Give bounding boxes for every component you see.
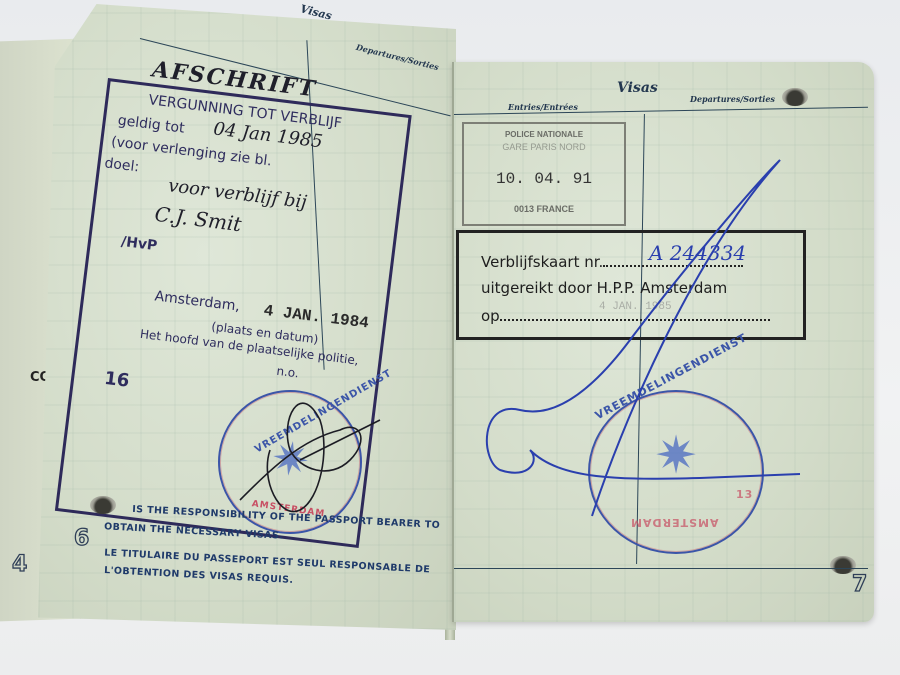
underlying-page-number: 4 xyxy=(12,552,27,577)
left-page-number: 6 xyxy=(74,526,89,551)
residence-card-issuer: uitgereikt door H.P.P. Amsterdam xyxy=(481,279,727,297)
right-seal-bottom-text: AMSTERDAM xyxy=(630,516,718,529)
right-visas-header: Visas xyxy=(617,80,658,96)
right-footer-rule xyxy=(454,568,868,569)
right-top-punch-hole-icon xyxy=(782,88,808,106)
residence-card-number: A 244334 xyxy=(649,241,746,265)
left-seal-star-icon: ✷ xyxy=(257,428,324,490)
police-code: 0013 FRANCE xyxy=(464,204,624,214)
residence-card-label: Verblijfskaart nr. xyxy=(481,253,603,271)
passport-photo: CON 4 Visas Departures/Sorties AFSCHRIFT… xyxy=(0,0,900,675)
reference: /HvP xyxy=(120,234,158,254)
residence-card-date-label: op xyxy=(481,307,500,325)
right-immigration-seal: VREEMDELINGENDIENST ✷ AMSTERDAM 13 xyxy=(588,390,764,554)
police-entry-date: 10. 04. 91 xyxy=(464,170,624,188)
purpose-name: C.J. Smit xyxy=(153,202,243,236)
right-departures-header: Departures/Sorties xyxy=(690,94,775,104)
right-seal-star-icon: ✷ xyxy=(646,426,706,486)
residence-card-stamp: Verblijfskaart nr. A 244334 uitgereikt d… xyxy=(456,230,806,340)
authority-suffix: n.o. xyxy=(276,364,300,381)
right-seal-number: 13 xyxy=(736,488,753,501)
valid-until-label: geldig tot xyxy=(117,113,185,137)
purpose-label: doel: xyxy=(104,155,140,175)
police-line1: POLICE NATIONALE xyxy=(464,130,624,139)
residence-card-faint-date: 4 JAN. 1985 xyxy=(599,301,672,313)
left-punch-hole-icon xyxy=(90,496,116,514)
right-page-number: 7 xyxy=(852,572,867,597)
police-entry-stamp: POLICE NATIONALE GARE PARIS NORD 10. 04.… xyxy=(462,122,626,226)
place-label: Amsterdam, xyxy=(154,288,241,314)
police-line2: GARE PARIS NORD xyxy=(464,142,624,152)
right-entries-header: Entries/Entrées xyxy=(508,102,578,112)
stamp-number: 16 xyxy=(103,368,130,392)
